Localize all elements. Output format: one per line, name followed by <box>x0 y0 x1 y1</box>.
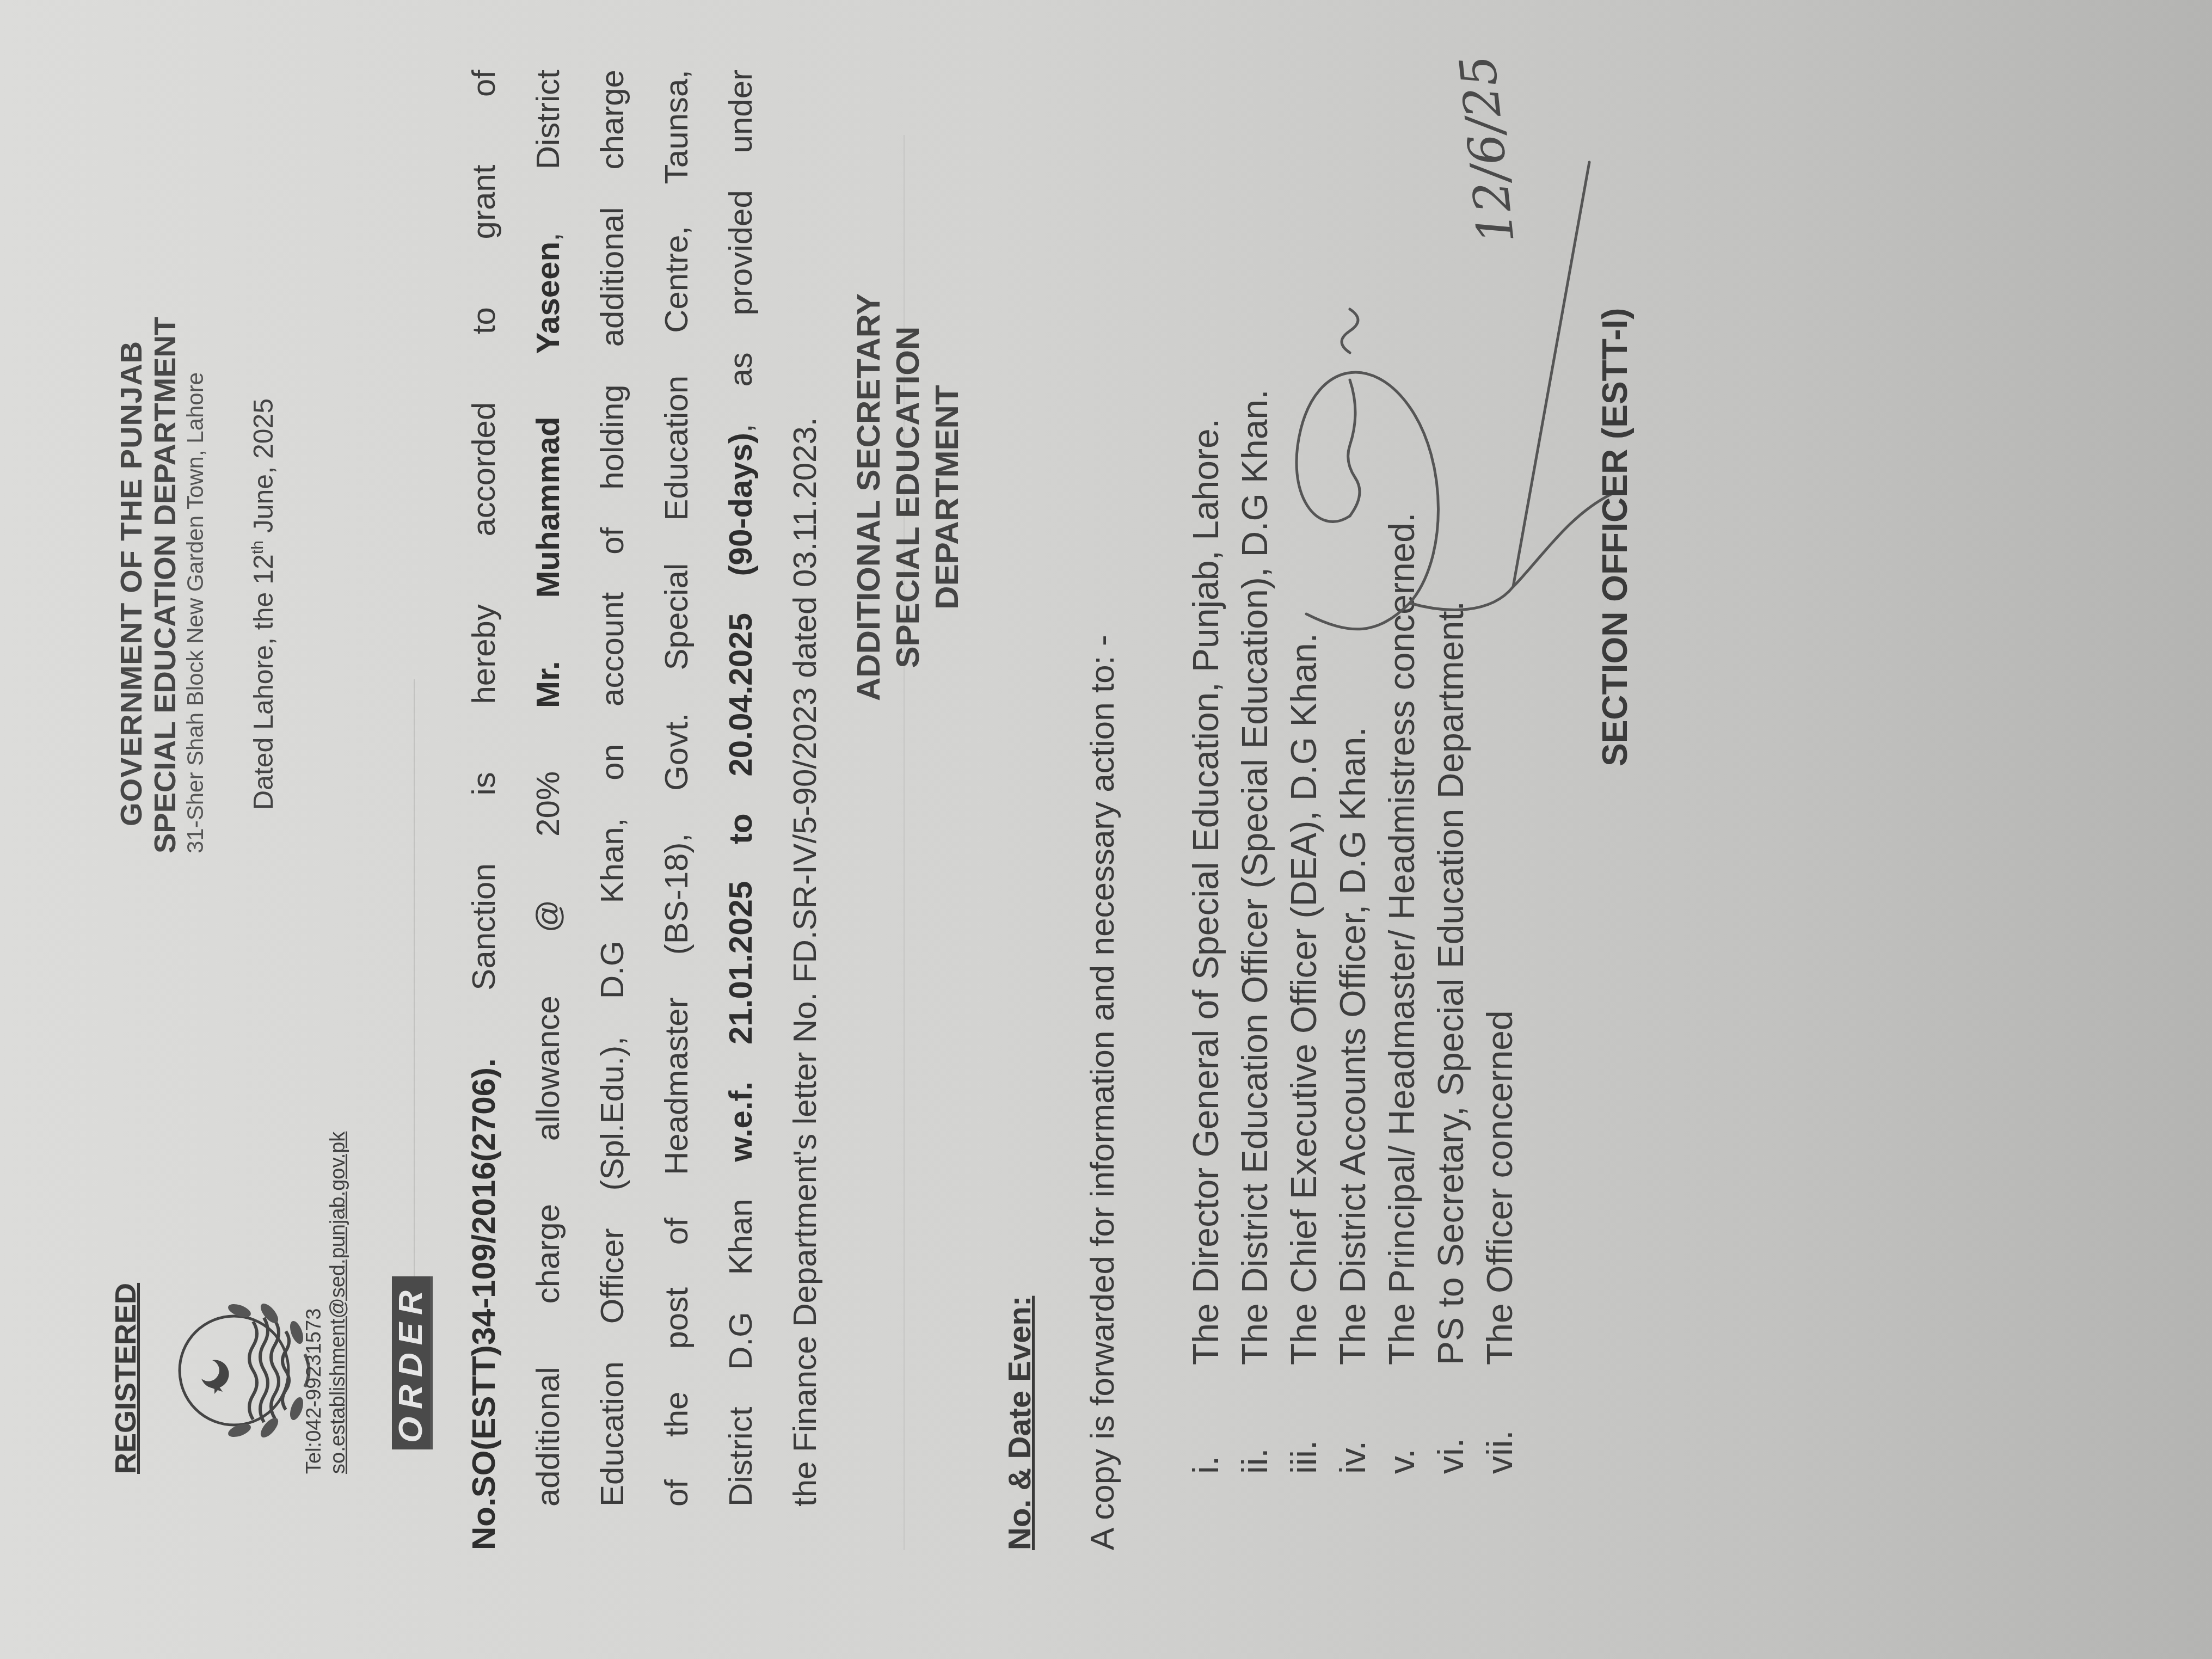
order-line: Education Officer (Spl.Edu.), D.G Khan, … <box>580 70 644 1550</box>
list-number: i. <box>1181 1365 1230 1474</box>
list-text: The District Education Officer (Special … <box>1230 389 1279 1365</box>
list-number: iv. <box>1328 1365 1377 1474</box>
dated-sup: th <box>249 540 267 554</box>
list-item: ii.The District Education Officer (Speci… <box>1230 389 1279 1474</box>
order-text: , District <box>530 70 566 242</box>
order-title: ORDER <box>392 1276 433 1449</box>
order-line: the Finance Department's letter No. FD.S… <box>773 70 837 1550</box>
fold-mark <box>414 679 415 1332</box>
order-line: additional charge allowance @ 20% Mr. Mu… <box>516 70 580 1550</box>
order-line: of the post of Headmaster (BS-18), Govt.… <box>644 70 709 1550</box>
dated-suffix: June, 2025 <box>248 398 279 540</box>
list-number: vii. <box>1475 1365 1524 1474</box>
list-text: The Officer concerned <box>1475 1010 1524 1365</box>
order-text: District D.G Khan <box>722 1162 759 1507</box>
list-number: vi. <box>1426 1365 1475 1474</box>
signatory-block: ADDITIONAL SECRETARY SPECIAL EDUCATION D… <box>849 293 967 701</box>
signatory-dept: SPECIAL EDUCATION <box>888 293 927 701</box>
punjab-emblem-icon <box>158 1289 321 1452</box>
document-page: REGISTERED Tel:042-99231573 so.establish… <box>0 0 2212 1659</box>
section-officer-title: SECTION OFFICER (ESTT-I) <box>1595 308 1635 766</box>
list-number: iii. <box>1279 1365 1328 1474</box>
dated-line: Dated Lahore, the 12th June, 2025 <box>248 398 279 810</box>
order-body: No.SO(ESTT)34-109/2016(2706). Sanction i… <box>452 70 837 1550</box>
effective-period: w.e.f. 21.01.2025 to 20.04.2025 (90-days… <box>722 433 759 1162</box>
officer-name: Mr. Muhammad Yaseen <box>530 242 566 708</box>
signatory-dept-2: DEPARTMENT <box>927 293 967 701</box>
department-address: 31-Sher Shah Block New Garden Town, Laho… <box>182 317 209 853</box>
dated-prefix: Dated Lahore, the 12 <box>248 554 279 810</box>
email-link[interactable]: so.establishment@sed.punjab.gov.pk <box>326 1132 350 1474</box>
list-text: The Director General of Special Educatio… <box>1181 419 1230 1365</box>
signatory-title: ADDITIONAL SECRETARY <box>849 293 888 701</box>
department-title: SPECIAL EDUCATION DEPARTMENT <box>148 317 182 853</box>
order-line: No.SO(ESTT)34-109/2016(2706). Sanction i… <box>452 70 516 1550</box>
list-number: v. <box>1377 1365 1426 1474</box>
government-title: GOVERNMENT OF THE PUNJAB <box>114 317 148 853</box>
registered-label: REGISTERED <box>109 1283 143 1474</box>
order-text: , as provided under <box>722 70 759 433</box>
order-text: additional charge allowance @ 20% <box>530 708 566 1507</box>
letterhead: GOVERNMENT OF THE PUNJAB SPECIAL EDUCATI… <box>114 317 209 853</box>
copy-forwarded-text: A copy is forwarded for information and … <box>1083 635 1122 1550</box>
list-number: ii. <box>1230 1365 1279 1474</box>
contact-info: Tel:042-99231573 so.establishment@sed.pu… <box>302 1132 350 1474</box>
order-line: District D.G Khan w.e.f. 21.01.2025 to 2… <box>709 70 773 1550</box>
order-text: Sanction is hereby accorded to grant of <box>465 70 502 1058</box>
no-date-even-heading: No. & Date Even: <box>1001 1296 1038 1550</box>
list-item: i.The Director General of Special Educat… <box>1181 389 1230 1474</box>
telephone: Tel:042-99231573 <box>302 1132 326 1474</box>
order-number: No.SO(ESTT)34-109/2016(2706). <box>465 1058 502 1550</box>
